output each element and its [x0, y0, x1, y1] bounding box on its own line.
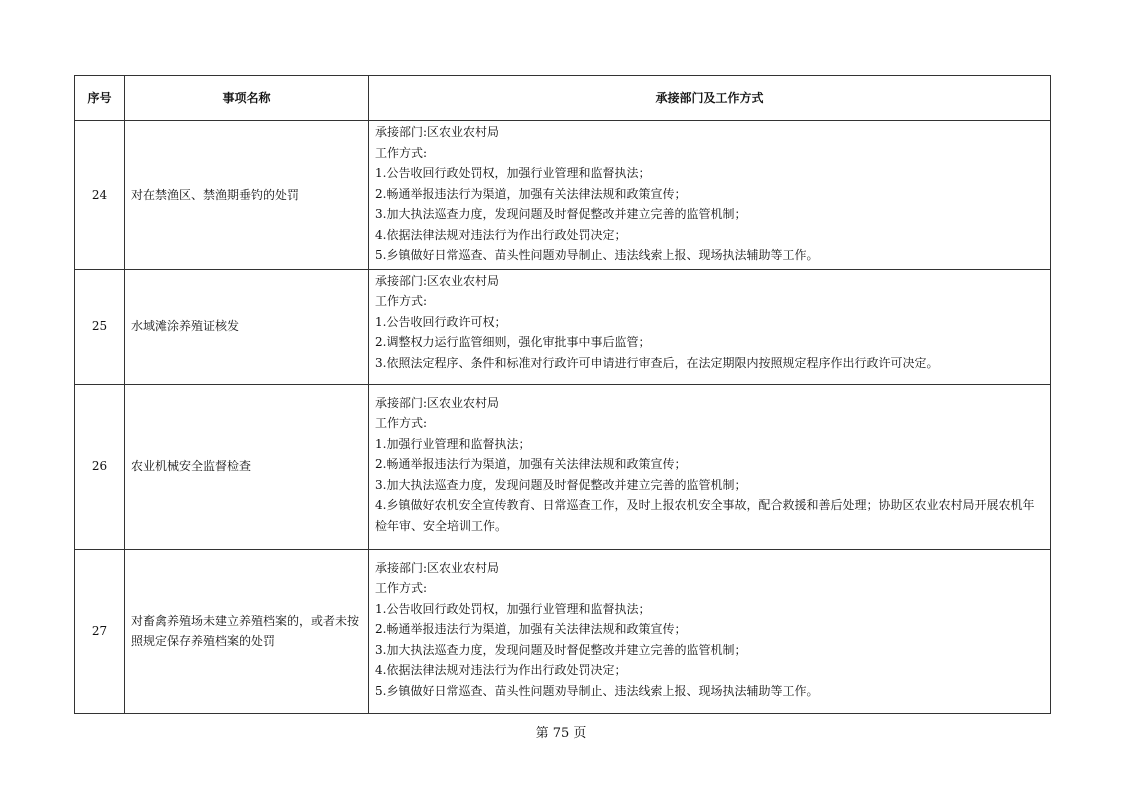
row-detail: 承接部门:区农业农村局 工作方式: 1.公告收回行政许可权； 2.调整权力运行监… — [369, 269, 1051, 384]
detail-line: 3.依照法定程序、条件和标准对行政许可申请进行审查后，在法定期限内按照规定程序作… — [375, 353, 1044, 374]
detail-line: 3.加大执法巡查力度，发现问题及时督促整改并建立完善的监管机制； — [375, 475, 1044, 496]
matters-table: 序号 事项名称 承接部门及工作方式 24 对在禁渔区、禁渔期垂钓的处罚 承接部门… — [74, 75, 1051, 714]
detail-line: 承接部门:区农业农村局 — [375, 122, 1044, 143]
detail-line: 4.乡镇做好农机安全宣传教育、日常巡查工作，及时上报农机安全事故，配合救援和善后… — [375, 495, 1044, 536]
row-serial: 27 — [75, 549, 125, 713]
detail-line: 工作方式: — [375, 291, 1044, 312]
page-number: 第 75 页 — [0, 722, 1122, 741]
table-row: 25 水域滩涂养殖证核发 承接部门:区农业农村局 工作方式: 1.公告收回行政许… — [75, 269, 1051, 384]
detail-line: 工作方式: — [375, 578, 1044, 599]
detail-line: 4.依据法律法规对违法行为作出行政处罚决定； — [375, 660, 1044, 681]
detail-line: 1.公告收回行政许可权； — [375, 312, 1044, 333]
detail-line: 5.乡镇做好日常巡查、苗头性问题劝导制止、违法线索上报、现场执法辅助等工作。 — [375, 681, 1044, 702]
detail-line: 3.加大执法巡查力度，发现问题及时督促整改并建立完善的监管机制； — [375, 640, 1044, 661]
table-header-row: 序号 事项名称 承接部门及工作方式 — [75, 76, 1051, 121]
detail-line: 承接部门:区农业农村局 — [375, 271, 1044, 292]
row-detail: 承接部门:区农业农村局 工作方式: 1.加强行业管理和监督执法； 2.畅通举报违… — [369, 384, 1051, 549]
row-matter-name: 对畜禽养殖场未建立养殖档案的，或者未按照规定保存养殖档案的处罚 — [125, 549, 369, 713]
detail-line: 2.畅通举报违法行为渠道，加强有关法律法规和政策宣传； — [375, 454, 1044, 475]
detail-line: 承接部门:区农业农村局 — [375, 558, 1044, 579]
table-row: 24 对在禁渔区、禁渔期垂钓的处罚 承接部门:区农业农村局 工作方式: 1.公告… — [75, 121, 1051, 270]
row-detail: 承接部门:区农业农村局 工作方式: 1.公告收回行政处罚权，加强行业管理和监督执… — [369, 549, 1051, 713]
detail-line: 1.加强行业管理和监督执法； — [375, 434, 1044, 455]
table-row: 27 对畜禽养殖场未建立养殖档案的，或者未按照规定保存养殖档案的处罚 承接部门:… — [75, 549, 1051, 713]
row-matter-name: 农业机械安全监督检查 — [125, 384, 369, 549]
header-matter-name: 事项名称 — [125, 76, 369, 121]
detail-line: 工作方式: — [375, 143, 1044, 164]
header-department-method: 承接部门及工作方式 — [369, 76, 1051, 121]
detail-line: 承接部门:区农业农村局 — [375, 393, 1044, 414]
row-matter-name: 水域滩涂养殖证核发 — [125, 269, 369, 384]
row-serial: 24 — [75, 121, 125, 270]
table-row: 26 农业机械安全监督检查 承接部门:区农业农村局 工作方式: 1.加强行业管理… — [75, 384, 1051, 549]
row-matter-name: 对在禁渔区、禁渔期垂钓的处罚 — [125, 121, 369, 270]
row-serial: 25 — [75, 269, 125, 384]
detail-line: 5.乡镇做好日常巡查、苗头性问题劝导制止、违法线索上报、现场执法辅助等工作。 — [375, 245, 1044, 266]
detail-line: 4.依据法律法规对违法行为作出行政处罚决定； — [375, 225, 1044, 246]
detail-line: 1.公告收回行政处罚权，加强行业管理和监督执法； — [375, 599, 1044, 620]
detail-line: 2.畅通举报违法行为渠道，加强有关法律法规和政策宣传； — [375, 619, 1044, 640]
row-detail: 承接部门:区农业农村局 工作方式: 1.公告收回行政处罚权，加强行业管理和监督执… — [369, 121, 1051, 270]
row-serial: 26 — [75, 384, 125, 549]
detail-line: 工作方式: — [375, 413, 1044, 434]
detail-line: 2.调整权力运行监管细则，强化审批事中事后监管； — [375, 332, 1044, 353]
detail-line: 1.公告收回行政处罚权，加强行业管理和监督执法； — [375, 163, 1044, 184]
detail-line: 3.加大执法巡查力度，发现问题及时督促整改并建立完善的监管机制； — [375, 204, 1044, 225]
detail-line: 2.畅通举报违法行为渠道，加强有关法律法规和政策宣传； — [375, 184, 1044, 205]
header-serial: 序号 — [75, 76, 125, 121]
